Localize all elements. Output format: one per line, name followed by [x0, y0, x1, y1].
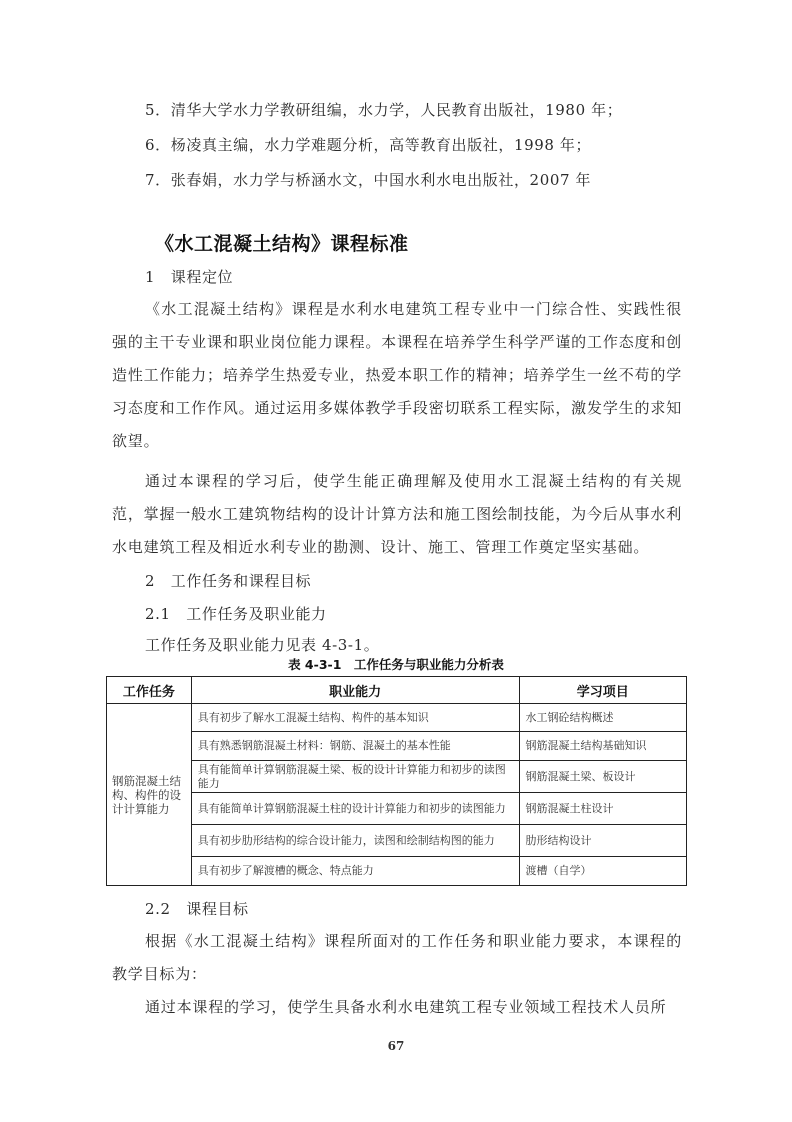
table-row: 具有能简单计算钢筋混凝土柱的设计计算能力和初步的读图能力 钢筋混凝土柱设计 — [107, 793, 687, 825]
project-cell: 水工钢砼结构概述 — [519, 704, 686, 732]
ability-cell: 具有能简单计算钢筋混凝土梁、板的设计计算能力和初步的读图能力 — [191, 761, 519, 793]
work-task-cell: 钢筋混凝土结构、构件的设计计算能力 — [107, 704, 192, 886]
ability-cell: 具有能简单计算钢筋混凝土柱的设计计算能力和初步的读图能力 — [191, 793, 519, 825]
table-row: 具有初步肋形结构的综合设计能力，读图和绘制结构图的能力 肋形结构设计 — [107, 825, 687, 857]
table-caption: 表 4-3-1 工作任务与职业能力分析表 — [0, 657, 792, 673]
table-row: 钢筋混凝土结构、构件的设计计算能力 具有初步了解水工混凝土结构、构件的基本知识 … — [107, 704, 687, 732]
section-heading-1: 1 课程定位 — [145, 267, 233, 287]
header-project: 学习项目 — [519, 677, 686, 704]
paragraph-course-positioning: 《水工混凝土结构》课程是水利水电建筑工程专业中一门综合性、实践性很强的主干专业课… — [112, 293, 682, 458]
paragraph-course-goals: 通过本课程的学习，使学生具备水利水电建筑工程专业领域工程技术人员所 — [112, 991, 682, 1024]
reference-item-6: 6．杨凌真主编，水力学难题分析，高等教育出版社，1998 年； — [145, 135, 591, 155]
header-work-task: 工作任务 — [107, 677, 192, 704]
table-row: 具有初步了解渡槽的概念、特点能力 渡槽（自学） — [107, 857, 687, 886]
header-ability: 职业能力 — [191, 677, 519, 704]
ability-cell: 具有初步肋形结构的综合设计能力，读图和绘制结构图的能力 — [191, 825, 519, 857]
table-reference-text: 工作任务及职业能力见表 4-3-1。 — [145, 635, 379, 655]
table-row: 具有能简单计算钢筋混凝土梁、板的设计计算能力和初步的读图能力 钢筋混凝土梁、板设… — [107, 761, 687, 793]
project-cell: 钢筋混凝土柱设计 — [519, 793, 686, 825]
document-title: 《水工混凝土结构》课程标准 — [155, 232, 409, 256]
section-heading-2: 2 工作任务和课程目标 — [145, 571, 311, 591]
project-cell: 渡槽（自学） — [519, 857, 686, 886]
ability-cell: 具有熟悉钢筋混凝土材料：钢筋、混凝土的基本性能 — [191, 732, 519, 761]
reference-item-7: 7．张春娟，水力学与桥涵水文，中国水利水电出版社，2007 年 — [145, 170, 591, 190]
reference-item-5: 5．清华大学水力学教研组编，水力学，人民教育出版社，1980 年； — [145, 100, 622, 120]
paragraph-course-outcome: 通过本课程的学习后，使学生能正确理解及使用水工混凝土结构的有关规范，掌握一般水工… — [112, 465, 682, 564]
project-cell: 钢筋混凝土梁、板设计 — [519, 761, 686, 793]
project-cell: 肋形结构设计 — [519, 825, 686, 857]
subsection-heading-2-2: 2.2 课程目标 — [145, 899, 249, 919]
table-row: 具有熟悉钢筋混凝土材料：钢筋、混凝土的基本性能 钢筋混凝土结构基础知识 — [107, 732, 687, 761]
project-cell: 钢筋混凝土结构基础知识 — [519, 732, 686, 761]
paragraph-course-goals-intro: 根据《水工混凝土结构》课程所面对的工作任务和职业能力要求，本课程的教学目标为： — [112, 925, 682, 991]
table-header-row: 工作任务 职业能力 学习项目 — [107, 677, 687, 704]
ability-cell: 具有初步了解水工混凝土结构、构件的基本知识 — [191, 704, 519, 732]
ability-cell: 具有初步了解渡槽的概念、特点能力 — [191, 857, 519, 886]
page-number: 67 — [0, 1039, 792, 1053]
subsection-heading-2-1: 2.1 工作任务及职业能力 — [145, 604, 327, 624]
ability-analysis-table: 工作任务 职业能力 学习项目 钢筋混凝土结构、构件的设计计算能力 具有初步了解水… — [106, 676, 687, 886]
